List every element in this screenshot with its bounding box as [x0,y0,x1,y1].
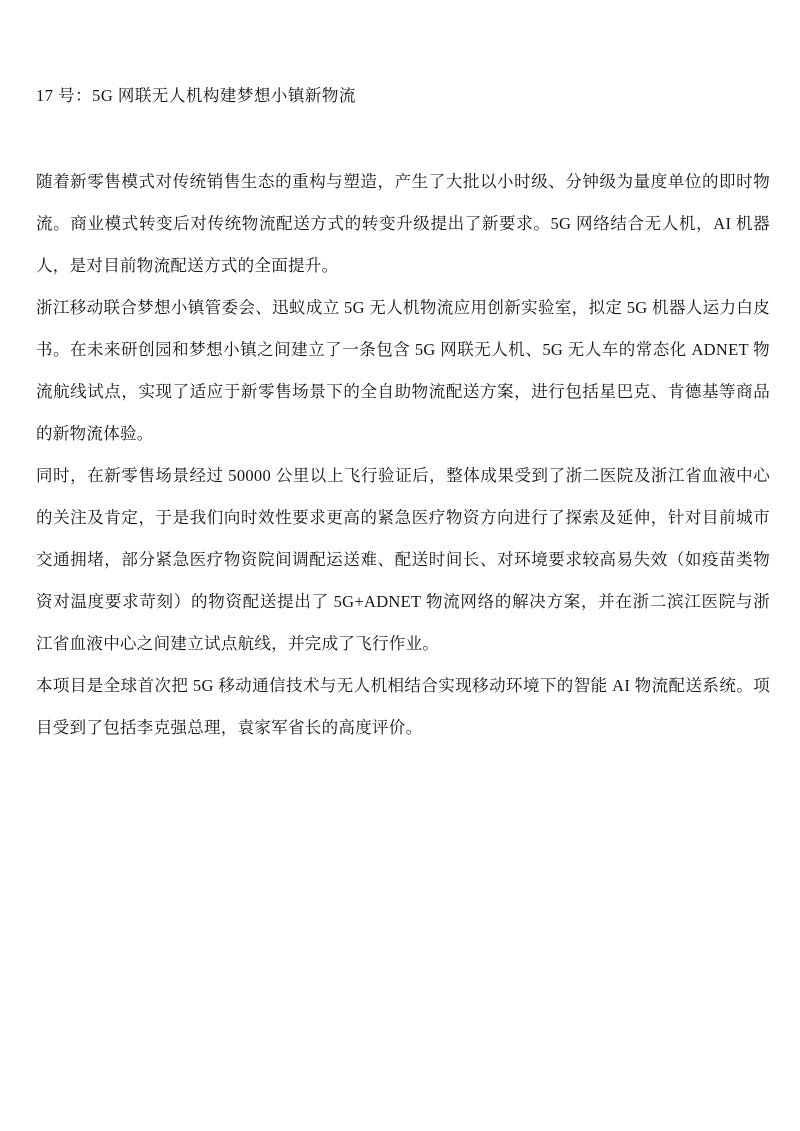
paragraph: 浙江移动联合梦想小镇管委会、迅蚁成立 5G 无人机物流应用创新实验室，拟定 5G… [36,287,770,455]
document-title: 17 号：5G 网联无人机构建梦想小镇新物流 [36,75,770,117]
document-page: 17 号：5G 网联无人机构建梦想小镇新物流 随着新零售模式对传统销售生态的重构… [0,0,800,1131]
paragraph: 随着新零售模式对传统销售生态的重构与塑造，产生了大批以小时级、分钟级为量度单位的… [36,161,770,287]
paragraph: 同时，在新零售场景经过 50000 公里以上飞行验证后，整体成果受到了浙二医院及… [36,455,770,665]
document-body: 随着新零售模式对传统销售生态的重构与塑造，产生了大批以小时级、分钟级为量度单位的… [36,161,770,749]
paragraph: 本项目是全球首次把 5G 移动通信技术与无人机相结合实现移动环境下的智能 AI … [36,665,770,749]
